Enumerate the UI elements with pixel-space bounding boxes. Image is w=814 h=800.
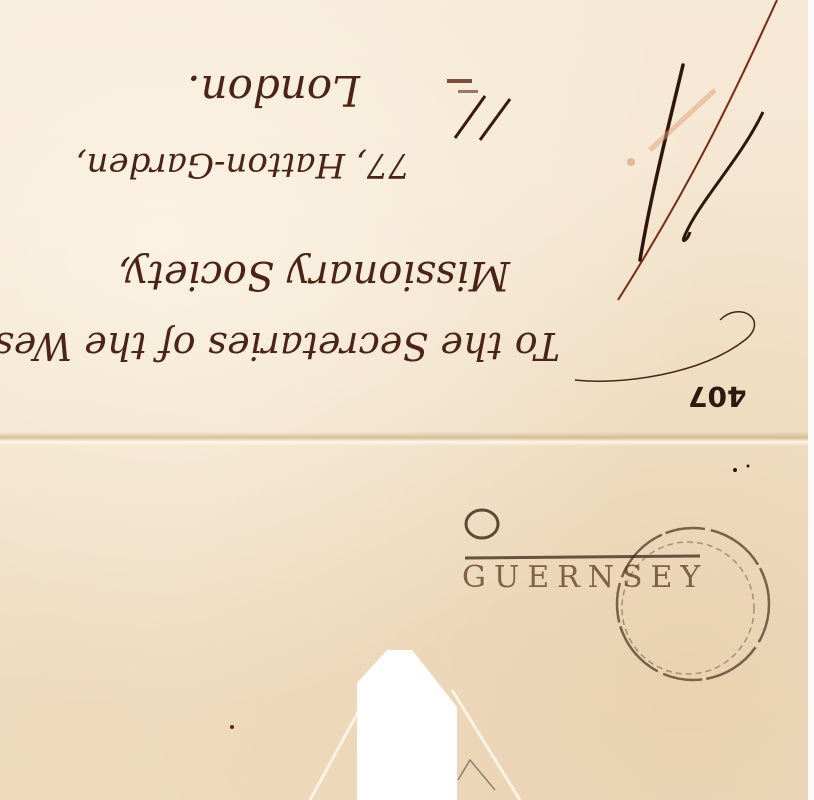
manuscript-stroke-2: [683, 112, 763, 241]
straight-line-postmark: GUERNSEY: [462, 560, 708, 595]
address-line-3: 77, Hatton-Garden,: [76, 145, 410, 185]
address-line-1: To the Secretaries of the Wes.: [0, 324, 560, 368]
handwritten-address: To the Secretaries of the Wes. Missionar…: [70, 20, 590, 390]
manuscript-stroke-1: [640, 65, 683, 260]
postmark-circle-small: [466, 510, 498, 538]
address-line-2: Missionary Society,: [118, 252, 510, 298]
circular-date-stamp-outer: [617, 528, 769, 680]
address-line-4: London.: [187, 66, 360, 115]
manuscript-charge-mark: 407: [688, 380, 746, 413]
